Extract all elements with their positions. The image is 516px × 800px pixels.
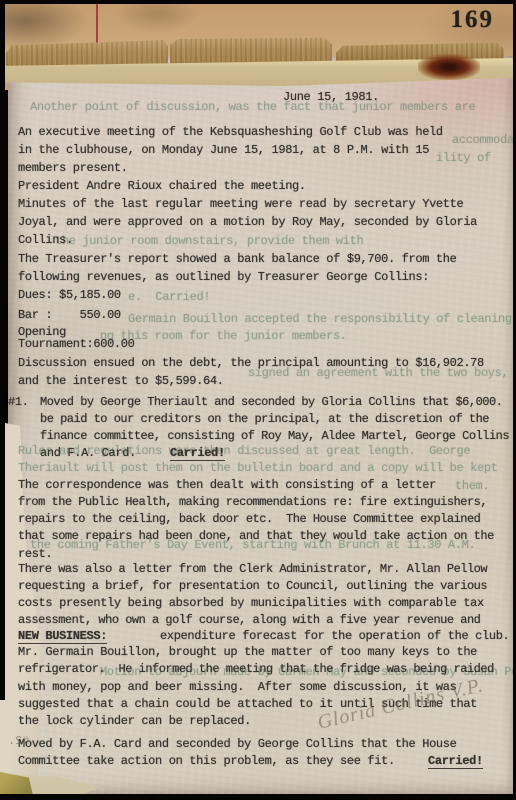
document-page	[8, 56, 513, 794]
photo-frame-edge	[0, 0, 516, 4]
red-margin-line	[96, 4, 98, 62]
scanned-document-photo: 169 Another point of discussion, was the…	[0, 0, 516, 800]
photo-frame-edge	[0, 794, 516, 800]
page-number: 169	[451, 6, 495, 34]
photo-frame-edge	[0, 0, 5, 700]
